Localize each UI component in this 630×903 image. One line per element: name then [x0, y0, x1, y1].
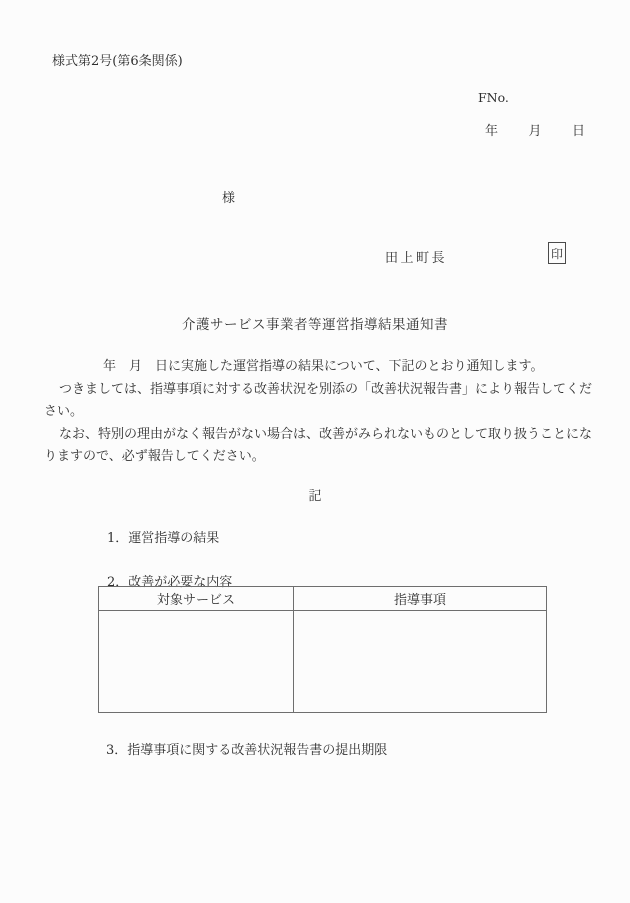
- body-line-3: さい。: [44, 401, 589, 424]
- sender-title: 田上町長: [385, 247, 447, 266]
- seal-mark: 印: [551, 245, 563, 262]
- body-line-1: 年 月 日に実施した運営指導の結果について、下記のとおり通知します。: [44, 356, 589, 379]
- guidance-table: 対象サービス 指導事項: [98, 586, 547, 713]
- form-number: 様式第2号(第6条関係): [52, 50, 183, 69]
- section-item-3: 3．指導事項に関する改善状況報告書の提出期限: [106, 739, 387, 758]
- seal-box: 印: [548, 242, 566, 264]
- document-page: 様式第2号(第6条関係) FNo. 年 月 日 様 田上町長 印 介護サービス事…: [0, 0, 630, 903]
- document-title: 介護サービス事業者等運営指導結果通知書: [0, 313, 630, 333]
- table-cell-service: [99, 611, 294, 713]
- body-line-4: なお、特別の理由がなく報告がない場合は、改善がみられないものとして取り扱うことに…: [44, 424, 589, 447]
- table-header-service: 対象サービス: [99, 587, 294, 611]
- table-row: [99, 611, 547, 713]
- table-cell-guidance: [294, 611, 547, 713]
- date-year-label: 年: [485, 120, 498, 139]
- guidance-table-wrap: 対象サービス 指導事項: [98, 586, 547, 713]
- body-paragraphs: 年 月 日に実施した運営指導の結果について、下記のとおり通知します。 つきまして…: [44, 356, 589, 469]
- record-marker: 記: [0, 485, 630, 504]
- section-item-1: 1．運営指導の結果: [107, 527, 219, 546]
- body-line-2: つきましては、指導事項に対する改善状況を別添の「改善状況報告書」により報告してく…: [44, 379, 589, 402]
- file-number-label: FNo.: [478, 90, 509, 105]
- body-line-5: りますので、必ず報告してください。: [44, 446, 589, 469]
- addressee-honorific: 様: [222, 187, 235, 206]
- date-day-label: 日: [572, 120, 585, 139]
- table-header-guidance: 指導事項: [294, 587, 547, 611]
- table-header-row: 対象サービス 指導事項: [99, 587, 547, 611]
- date-month-label: 月: [528, 120, 541, 139]
- date-line: 年 月 日: [485, 120, 585, 139]
